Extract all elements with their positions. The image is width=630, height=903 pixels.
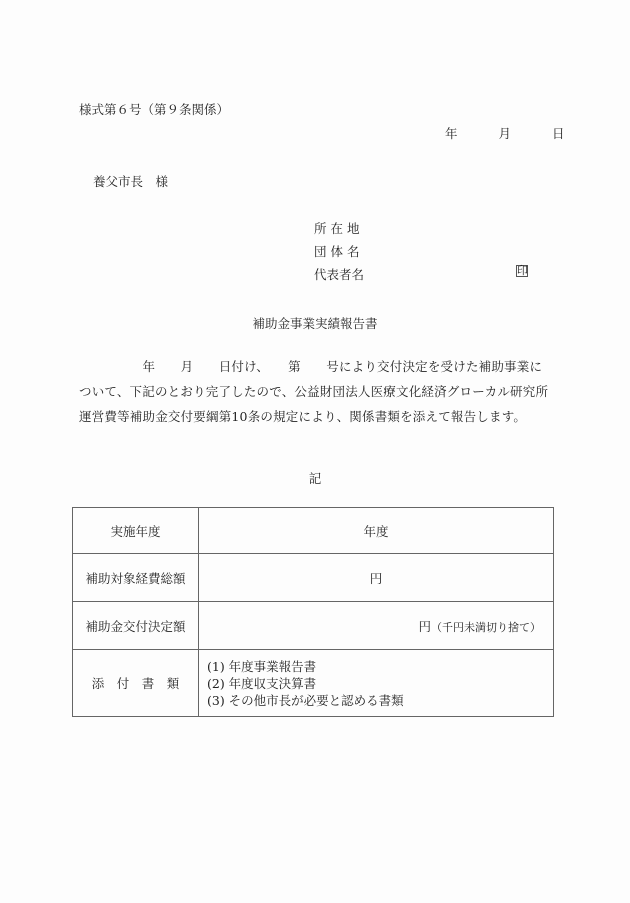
list-item: (3) その他市長が必要と認める書類	[207, 692, 545, 709]
fiscal-year-field: 年度	[199, 508, 554, 554]
grant-amount-field: 円（千円未満切り捨て）	[199, 602, 554, 650]
seal-icon: 印	[516, 265, 528, 277]
date-month: 月	[498, 124, 511, 142]
representative-label: 代表者名	[314, 265, 364, 283]
date-day: 日	[552, 124, 565, 142]
yen-unit: 円	[418, 619, 431, 634]
rounding-note: （千円未満切り捨て）	[431, 621, 541, 634]
table-row: 添 付 書 類 (1) 年度事業報告書 (2) 年度収支決算書 (3) その他市…	[73, 650, 554, 717]
address-label: 所 在 地	[314, 219, 359, 237]
form-number: 様式第６号（第９条関係）	[79, 100, 229, 118]
ki-heading: 記	[0, 469, 630, 487]
attachments-list: (1) 年度事業報告書 (2) 年度収支決算書 (3) その他市長が必要と認める…	[199, 650, 554, 717]
row-label: 補助金交付決定額	[73, 602, 199, 650]
date-year: 年	[445, 124, 458, 142]
org-name-label: 団 体 名	[314, 242, 359, 260]
table-row: 補助対象経費総額 円	[73, 554, 554, 602]
addressee: 養父市長 様	[93, 172, 168, 190]
report-table: 実施年度 年度 補助対象経費総額 円 補助金交付決定額 円（千円未満切り捨て） …	[72, 507, 554, 717]
table-row: 実施年度 年度	[73, 508, 554, 554]
row-label: 実施年度	[73, 508, 199, 554]
body-paragraph: 年 月 日付け、 第 号により交付決定を受けた補助事業について、下記のとおり完了…	[79, 354, 554, 429]
row-label: 添 付 書 類	[73, 650, 199, 717]
row-label: 補助対象経費総額	[73, 554, 199, 602]
date-line: 年 月 日	[445, 124, 564, 142]
total-cost-field: 円	[199, 554, 554, 602]
table-row: 補助金交付決定額 円（千円未満切り捨て）	[73, 602, 554, 650]
list-item: (1) 年度事業報告書	[207, 658, 545, 675]
list-item: (2) 年度収支決算書	[207, 675, 545, 692]
document-title: 補助金事業実績報告書	[0, 314, 630, 332]
